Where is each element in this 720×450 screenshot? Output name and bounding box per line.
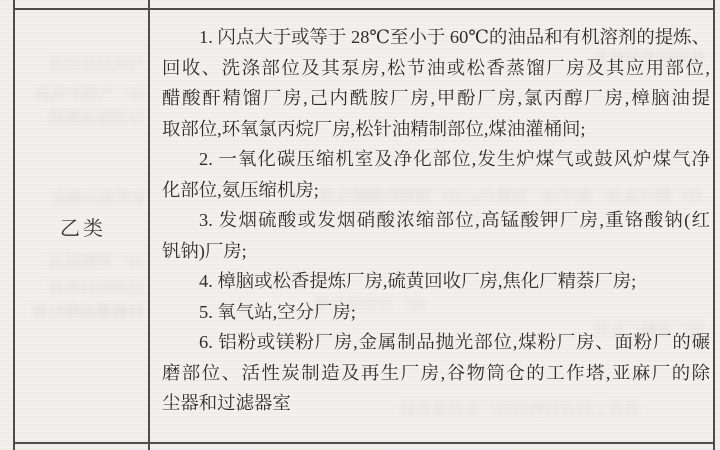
scanned-document-page: 气风层及位部 房厂气煤炉风鼓 位部缩浓酸硝 室机缩压碳化 房厂钾酸锰高 位部收回… [0, 0, 720, 450]
table-row-bottom-rule [13, 442, 715, 444]
text-line: 4. 樟脑或松香提炼厂房,硫黄回收厂房,焦化厂精萘厂房; [162, 266, 710, 297]
text-line: 3. 发烟硫酸或发烟硝酸浓缩部位,高锰酸钾厂房,重铬酸钠(红 [162, 205, 710, 236]
text-line: 5. 氧气站,空分厂房; [162, 297, 710, 328]
text-line: 回收、洗涤部位及其泵房,松节油或松香蒸馏厂房及其应用部位, [162, 53, 710, 84]
category-label: 乙类 [60, 212, 106, 241]
table-column-divider [148, 0, 150, 450]
text-line: 尘器和过滤器室 [162, 388, 710, 419]
text-line: 钒钠)厂房; [162, 236, 710, 267]
category-cell: 乙类 [15, 10, 148, 442]
text-line: 6. 铝粉或镁粉厂房,金属制品抛光部位,煤粉厂房、面粉厂的碾 [162, 327, 710, 358]
text-line: 醋酸酐精馏厂房,己内酰胺厂房,甲酚厂房,氯丙醇厂房,樟脑油提 [162, 83, 710, 114]
text-line: 取部位,环氧氯丙烷厂房,松针油精制部位,煤油灌桶间; [162, 114, 710, 145]
items-cell: 1. 闪点大于或等于 28℃至小于 60℃的油品和有机溶剂的提炼、 回收、洗涤部… [162, 22, 710, 419]
text-line: 化部位,氨压缩机房; [162, 175, 710, 206]
table-right-border [713, 0, 715, 450]
text-line: 磨部位、活性炭制造及再生厂房,谷物筒仓的工作塔,亚麻厂的除 [162, 358, 710, 389]
text-line: 2. 一氧化碳压缩机室及净化部位,发生炉煤气或鼓风炉煤气净 [162, 144, 710, 175]
text-line: 1. 闪点大于或等于 28℃至小于 60℃的油品和有机溶剂的提炼、 [162, 22, 710, 53]
